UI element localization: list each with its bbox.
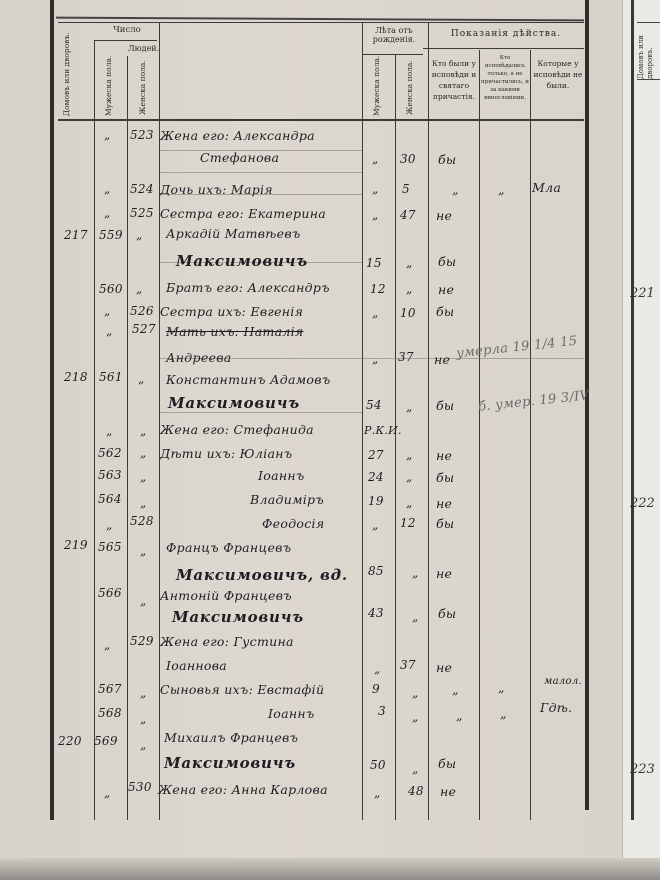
person-name: Францъ Францевъ: [166, 540, 291, 555]
female-number: „: [140, 712, 147, 726]
female-age: „: [406, 400, 413, 414]
not-confessed-mark: Гдѣ.: [540, 700, 572, 715]
male-number: 565: [98, 540, 122, 554]
male-number: „: [106, 518, 113, 532]
left-border-rule: [50, 0, 54, 820]
surname: Максимовичъ: [172, 608, 304, 626]
male-number: „: [104, 182, 111, 196]
person-name: Дѣти ихъ: Юліанъ: [160, 446, 292, 461]
female-age: „: [412, 762, 419, 776]
male-age: 85: [368, 564, 384, 578]
person-name: Сестра его: Екатерина: [160, 206, 326, 221]
confessed-mark: бы: [438, 756, 456, 771]
female-number: 523: [130, 128, 154, 142]
female-number: „: [138, 372, 145, 386]
next-page-header: Домовъ или дворовъ.: [637, 29, 655, 79]
female-age: 37: [400, 658, 416, 672]
confessed-mark: бы: [436, 398, 454, 413]
not-confessed-mark: Мла: [532, 180, 561, 195]
surname: Максимовичъ: [176, 252, 308, 270]
female-age: „: [406, 496, 413, 510]
male-age: „: [372, 182, 379, 196]
person-name-struck: Мать ихъ: Наталія: [166, 324, 304, 339]
male-age: 12: [370, 282, 386, 296]
confessed-mark: „: [452, 682, 459, 697]
confessed-only-mark: „: [498, 680, 505, 695]
confessed-mark: не: [436, 208, 452, 223]
header-female-age-col: Женска пола.: [405, 60, 414, 116]
header-not-confessed-col: Которые у исповѣди не были.: [532, 58, 584, 91]
female-age: 37: [398, 350, 414, 364]
male-number: 559: [99, 228, 123, 242]
person-name-cont: Іоаннова: [166, 658, 227, 673]
confessed-only-mark: „: [500, 706, 507, 721]
person-name: Дочь ихъ: Марія: [160, 182, 273, 197]
confessed-mark: бы: [438, 152, 456, 167]
male-age: „: [372, 152, 379, 166]
male-age: „: [372, 208, 379, 222]
female-number: „: [140, 594, 147, 608]
confessed-mark: не: [436, 660, 452, 675]
person-name: Жена его: Александра: [160, 128, 315, 143]
pencil-death-note: б. умер. 19 3/IV: [478, 388, 590, 415]
not-confessed-mark: малол.: [544, 676, 582, 687]
next-page-edge: Домовъ или дворовъ.: [622, 0, 660, 860]
page-bottom-edge: [0, 858, 660, 880]
female-number: „: [140, 496, 147, 510]
person-name: Жена его: Анна Карлова: [158, 782, 328, 797]
male-age: „: [374, 662, 381, 676]
confessed-only-mark: „: [498, 182, 505, 197]
person-name: Константинъ Адамовъ: [166, 372, 330, 387]
confessed-mark: не: [438, 282, 454, 297]
male-number: „: [104, 304, 111, 318]
female-number: „: [140, 544, 147, 558]
header-confessed-only-col: Кто исповѣдались только, а не причастили…: [481, 54, 529, 102]
male-number: 568: [98, 706, 122, 720]
female-age: 12: [400, 516, 416, 530]
confessed-mark: бы: [436, 516, 454, 531]
person-name: Сыновья ихъ: Евстафій: [160, 682, 324, 697]
header-actions-group: Показанія дѣйства.: [430, 30, 582, 39]
male-age: „: [372, 518, 379, 532]
female-age: 48: [408, 784, 424, 798]
header-confessed-col: Кто были у исповѣди и святаго причастія.: [430, 58, 478, 102]
male-number: „: [104, 786, 111, 800]
female-age: 47: [400, 208, 416, 222]
male-number: „: [104, 128, 111, 142]
next-page-house-number: 222: [630, 496, 655, 511]
header-male-number-col: Мужеска пола.: [104, 60, 113, 116]
female-number: 526: [130, 304, 154, 318]
male-age: 24: [368, 470, 384, 484]
person-name-cont: Стефанова: [200, 150, 279, 165]
female-number: „: [140, 738, 147, 752]
male-age: „: [372, 306, 379, 320]
male-age: 3: [378, 704, 386, 718]
surname: Максимовичъ: [164, 754, 296, 772]
person-name: Владиміръ: [250, 492, 324, 507]
female-age: „: [406, 470, 413, 484]
register-page: Число Людей. Домовъ или дворовъ. Мужеска…: [0, 0, 632, 868]
female-number: „: [136, 228, 143, 242]
female-age: „: [406, 256, 413, 270]
person-name: Іоаннъ: [258, 468, 305, 483]
female-number: „: [140, 424, 147, 438]
female-age: „: [406, 282, 413, 296]
male-number: 567: [98, 682, 122, 696]
female-age: „: [406, 448, 413, 462]
house-number: 217: [64, 228, 88, 242]
person-name: Феодосія: [262, 516, 324, 531]
surname: Максимовичъ, вд.: [176, 566, 348, 584]
confessed-mark: не: [434, 352, 450, 367]
person-name: Братъ его: Александръ: [166, 280, 330, 295]
male-number: „: [106, 324, 113, 338]
male-number: 562: [98, 446, 122, 460]
person-name: Михаилъ Францевъ: [164, 730, 298, 745]
person-name-cont: Андреева: [166, 350, 232, 365]
male-number: 561: [99, 370, 123, 384]
header-people-group: Людей.: [128, 44, 159, 53]
female-age: „: [412, 610, 419, 624]
person-name: Аркадій Матвѣевъ: [166, 226, 301, 241]
confessed-mark: бы: [436, 470, 454, 485]
female-number: „: [136, 282, 143, 296]
confessed-mark: „: [452, 182, 459, 197]
female-age: 10: [400, 306, 416, 320]
confessed-mark: не: [436, 496, 452, 511]
female-number: 529: [130, 634, 154, 648]
male-age: „: [372, 352, 379, 366]
female-age: 5: [402, 182, 410, 196]
confessed-mark: не: [440, 784, 456, 799]
header-female-number-col: Женска пола.: [138, 60, 147, 116]
male-age: 15: [366, 256, 382, 270]
male-age: 54: [366, 398, 382, 412]
next-page-house-number: 223: [630, 762, 655, 777]
right-border-rule: [585, 0, 589, 810]
female-number: 527: [132, 322, 156, 336]
male-age: 19: [368, 494, 384, 508]
female-number: 525: [130, 206, 154, 220]
female-number: 530: [128, 780, 152, 794]
male-number: 564: [98, 492, 122, 506]
house-number: 219: [64, 538, 88, 552]
male-age: 50: [370, 758, 386, 772]
male-number: 566: [98, 586, 122, 600]
person-name: Антоній Францевъ: [160, 588, 292, 603]
house-number: 220: [58, 734, 82, 748]
top-border-rule: [56, 17, 584, 22]
male-number: 569: [94, 734, 118, 748]
male-age: „: [374, 786, 381, 800]
male-number: „: [104, 638, 111, 652]
header-household-col: Домовъ или дворовъ.: [62, 50, 90, 116]
header-male-age-col: Мужеска пола.: [372, 60, 381, 116]
house-number: 218: [64, 370, 88, 384]
male-number: 563: [98, 468, 122, 482]
confessed-mark: бы: [438, 254, 456, 269]
confessed-mark: „: [456, 708, 463, 723]
person-name: Іоаннъ: [268, 706, 315, 721]
confessed-mark: не: [436, 448, 452, 463]
male-number: 560: [99, 282, 123, 296]
surname: Максимовичъ: [168, 394, 300, 412]
female-number: „: [140, 470, 147, 484]
female-age: „: [412, 566, 419, 580]
confessed-mark: не: [436, 566, 452, 581]
person-name: Жена его: Стефанида: [160, 422, 314, 437]
female-age: „: [412, 710, 419, 724]
person-name: Сестра ихъ: Евгенія: [160, 304, 303, 319]
female-number: 524: [130, 182, 154, 196]
female-age: „: [412, 686, 419, 700]
confessed-mark: бы: [438, 606, 456, 621]
female-number: 528: [130, 514, 154, 528]
header-age-group: Лѣта отъ рожденія.: [364, 26, 424, 44]
male-number: „: [106, 424, 113, 438]
female-number: „: [140, 446, 147, 460]
male-age: 27: [368, 448, 384, 462]
male-age: 43: [368, 606, 384, 620]
female-age: 30: [400, 152, 416, 166]
person-name: Жена его: Густина: [160, 634, 294, 649]
female-number: „: [140, 686, 147, 700]
confessed-mark: бы: [436, 304, 454, 319]
next-page-house-number: 221: [630, 286, 655, 301]
male-age: Р.К.И.: [364, 424, 402, 437]
header-number-group: Число: [95, 26, 159, 35]
male-number: „: [104, 206, 111, 220]
male-age: 9: [372, 682, 380, 696]
